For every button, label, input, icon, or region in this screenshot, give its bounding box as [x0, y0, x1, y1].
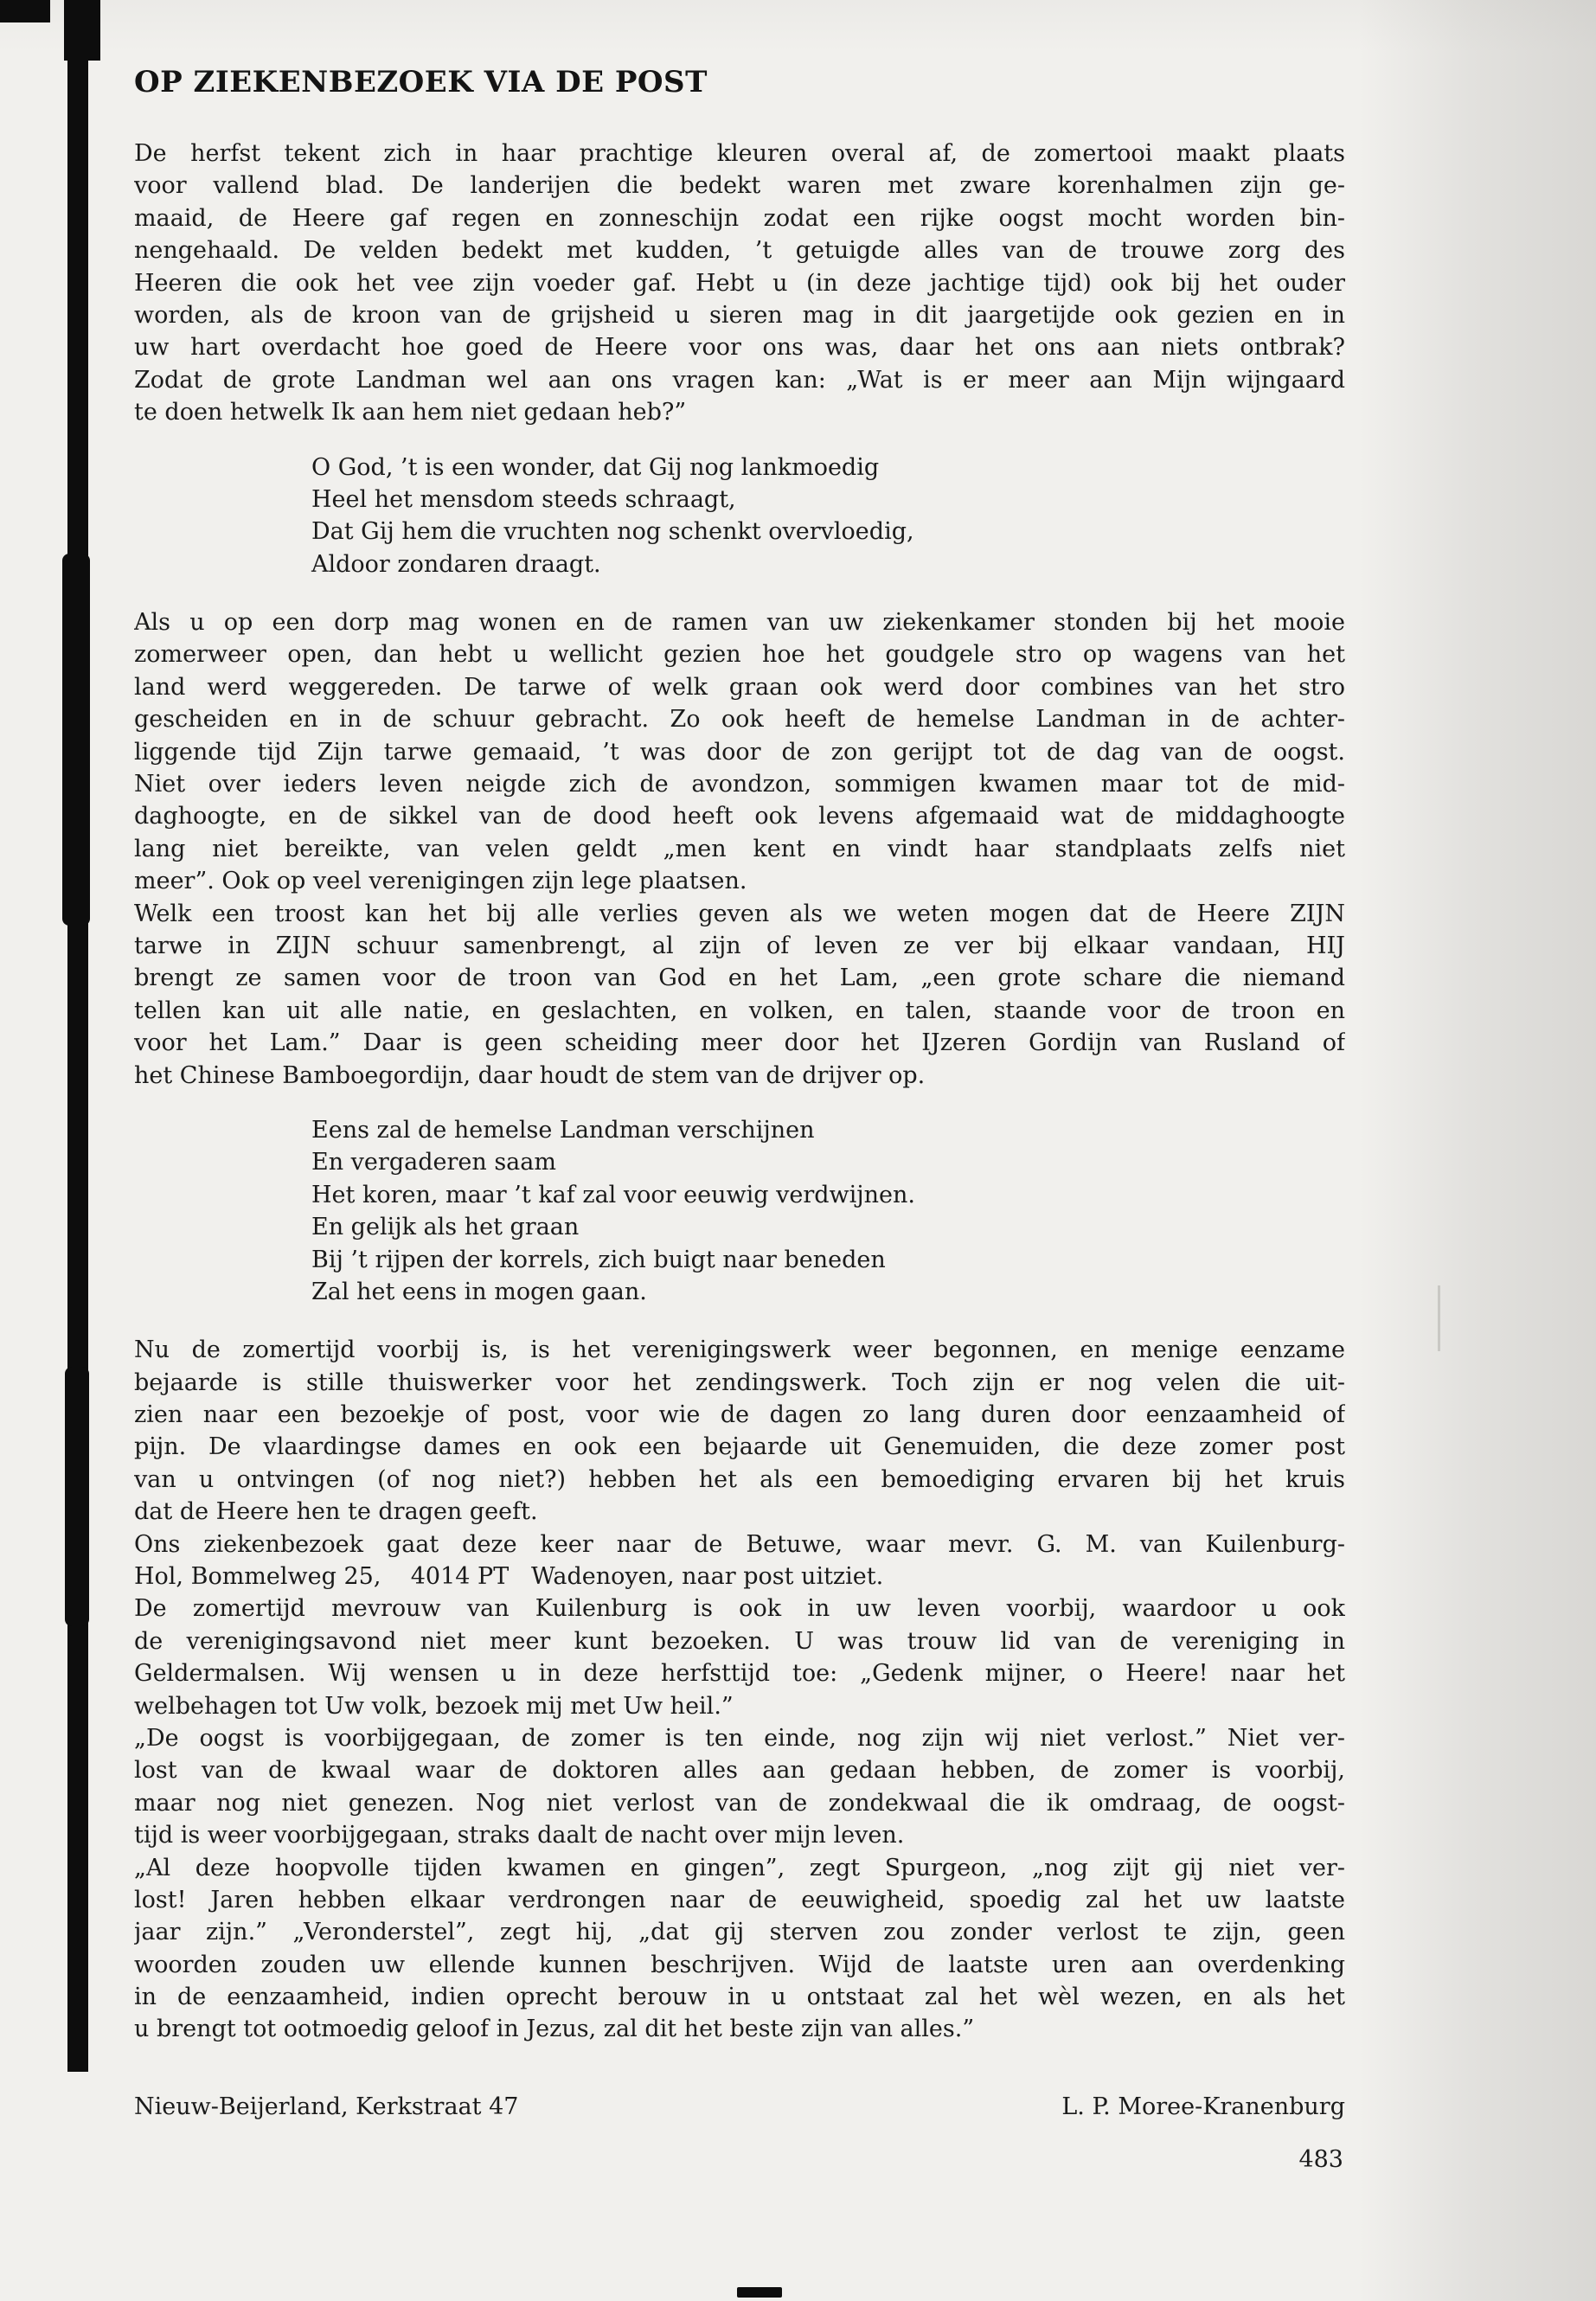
text-line: brengt ze samen voor de troon van God en…: [134, 962, 1345, 994]
text-line: Hol, Bommelweg 25, 4014 PT Wadenoyen, na…: [134, 1561, 1345, 1593]
scanned-document-page: OP ZIEKENBEZOEK VIA DE POST De herfst te…: [0, 0, 1596, 2301]
text-line: Geldermalsen. Wij wensen u in deze herfs…: [134, 1657, 1345, 1689]
scan-edge-artifact: [1438, 1285, 1440, 1351]
text-line: jaar zijn.” „Veronderstel”, zegt hij, „d…: [134, 1916, 1345, 1948]
text-line: Aldoor zondaren draagt.: [134, 548, 1345, 580]
footer-author-name: L. P. Moree-Kranenburg: [1061, 2091, 1345, 2123]
article-body: OP ZIEKENBEZOEK VIA DE POST De herfst te…: [134, 65, 1345, 2175]
text-line: De zomertijd mevrouw van Kuilenburg is o…: [134, 1593, 1345, 1625]
paragraph-block: De zomertijd mevrouw van Kuilenburg is o…: [134, 1593, 1345, 1722]
text-line: tarwe in ZIJN schuur samenbrengt, al zij…: [134, 930, 1345, 962]
paragraph-block: Welk een troost kan het bij alle verlies…: [134, 898, 1345, 1092]
text-line: Heel het mensdom steeds schraagt,: [134, 484, 1345, 516]
text-line: Bij ’t rijpen der korrels, zich buigt na…: [134, 1244, 1345, 1276]
text-line: bejaarde is stille thuiswerker voor het …: [134, 1367, 1345, 1399]
text-line: maar nog niet genezen. Nog niet verlost …: [134, 1787, 1345, 1819]
text-line: Ons ziekenbezoek gaat deze keer naar de …: [134, 1529, 1345, 1561]
text-line: maaid, de Heere gaf regen en zonneschijn…: [134, 202, 1345, 234]
text-line: nengehaald. De velden bedekt met kudden,…: [134, 234, 1345, 266]
text-line: En gelijk als het graan: [134, 1211, 1345, 1243]
text-line: gescheiden en in de schuur gebracht. Zo …: [134, 703, 1345, 735]
text-line: woorden zouden uw ellende kunnen beschri…: [134, 1949, 1345, 1981]
paragraph-block: Ons ziekenbezoek gaat deze keer naar de …: [134, 1529, 1345, 1593]
text-line: dat de Heere hen te dragen geeft.: [134, 1496, 1345, 1528]
text-line: „De oogst is voorbijgegaan, de zomer is …: [134, 1722, 1345, 1754]
text-line: Eens zal de hemelse Landman verschijnen: [134, 1114, 1345, 1146]
text-line: in de eenzaamheid, indien oprecht berouw…: [134, 1981, 1345, 2013]
content-blocks: De herfst tekent zich in haar prachtige …: [134, 138, 1345, 2046]
text-line: „Al deze hoopvolle tijden kwamen en ging…: [134, 1852, 1345, 1884]
paragraph-block: „De oogst is voorbijgegaan, de zomer is …: [134, 1722, 1345, 1852]
text-line: voor vallend blad. De landerijen die bed…: [134, 170, 1345, 202]
text-line: tijd is weer voorbijgegaan, straks daalt…: [134, 1819, 1345, 1851]
poem-block: Eens zal de hemelse Landman verschijnenE…: [134, 1114, 1345, 1308]
text-line: lost! Jaren hebben elkaar verdrongen naa…: [134, 1884, 1345, 1916]
paragraph-block: „Al deze hoopvolle tijden kwamen en ging…: [134, 1852, 1345, 2046]
text-line: u brengt tot ootmoedig geloof in Jezus, …: [134, 2013, 1345, 2045]
text-line: meer”. Ook op veel verenigingen zijn leg…: [134, 865, 1345, 897]
scan-bottom-mark: [737, 2287, 782, 2298]
text-line: de verenigingsavond niet meer kunt bezoe…: [134, 1625, 1345, 1657]
page-number: 483: [134, 2145, 1345, 2175]
poem-block: O God, ’t is een wonder, dat Gij nog lan…: [134, 452, 1345, 581]
text-line: tellen kan uit alle natie, en geslachten…: [134, 995, 1345, 1027]
text-line: daghoogte, en de sikkel van de dood heef…: [134, 800, 1345, 832]
text-line: De herfst tekent zich in haar prachtige …: [134, 138, 1345, 170]
text-line: Heeren die ook het vee zijn voeder gaf. …: [134, 267, 1345, 299]
text-line: Welk een troost kan het bij alle verlies…: [134, 898, 1345, 930]
text-line: voor het Lam.” Daar is geen scheiding me…: [134, 1027, 1345, 1059]
text-line: zien naar een bezoekje of post, voor wie…: [134, 1399, 1345, 1431]
text-line: Nu de zomertijd voorbij is, is het veren…: [134, 1334, 1345, 1366]
text-line: welbehagen tot Uw volk, bezoek mij met U…: [134, 1690, 1345, 1722]
text-line: zomerweer open, dan hebt u wellicht gezi…: [134, 638, 1345, 670]
scan-gutter-shadow-mid: [62, 554, 90, 926]
text-line: Zal het eens in mogen gaan.: [134, 1276, 1345, 1308]
text-line: van u ontvingen (of nog niet?) hebben he…: [134, 1464, 1345, 1496]
text-line: land werd weggereden. De tarwe of welk g…: [134, 671, 1345, 703]
article-title: OP ZIEKENBEZOEK VIA DE POST: [134, 65, 1345, 99]
text-line: O God, ’t is een wonder, dat Gij nog lan…: [134, 452, 1345, 484]
text-line: Als u op een dorp mag wonen en de ramen …: [134, 606, 1345, 638]
text-line: worden, als de kroon van de grijsheid u …: [134, 299, 1345, 331]
paragraph-block: De herfst tekent zich in haar prachtige …: [134, 138, 1345, 429]
article-footer: Nieuw-Beijerland, Kerkstraat 47 L. P. Mo…: [134, 2091, 1345, 2123]
text-line: Dat Gij hem die vruchten nog schenkt ove…: [134, 516, 1345, 548]
scan-gutter-shadow-low: [65, 1367, 89, 1626]
scan-gutter-shadow-top: [64, 0, 100, 61]
text-line: liggende tijd Zijn tarwe gemaaid, ’t was…: [134, 736, 1345, 768]
text-line: Het koren, maar ’t kaf zal voor eeuwig v…: [134, 1179, 1345, 1211]
text-line: Niet over ieders leven neigde zich de av…: [134, 768, 1345, 800]
text-line: het Chinese Bamboegordijn, daar houdt de…: [134, 1060, 1345, 1092]
text-line: te doen hetwelk Ik aan hem niet gedaan h…: [134, 396, 1345, 428]
scan-corner-mark: [0, 0, 50, 22]
footer-author-address: Nieuw-Beijerland, Kerkstraat 47: [134, 2091, 518, 2123]
text-line: lang niet bereikte, van velen geldt „men…: [134, 833, 1345, 865]
text-line: lost van de kwaal waar de doktoren alles…: [134, 1754, 1345, 1786]
text-line: pijn. De vlaardingse dames en ook een be…: [134, 1431, 1345, 1463]
paragraph-block: Als u op een dorp mag wonen en de ramen …: [134, 606, 1345, 898]
text-line: En vergaderen saam: [134, 1146, 1345, 1178]
paragraph-block: Nu de zomertijd voorbij is, is het veren…: [134, 1334, 1345, 1528]
scan-gutter-shadow: [67, 0, 88, 2072]
text-line: uw hart overdacht hoe goed de Heere voor…: [134, 331, 1345, 363]
text-line: Zodat de grote Landman wel aan ons vrage…: [134, 364, 1345, 396]
